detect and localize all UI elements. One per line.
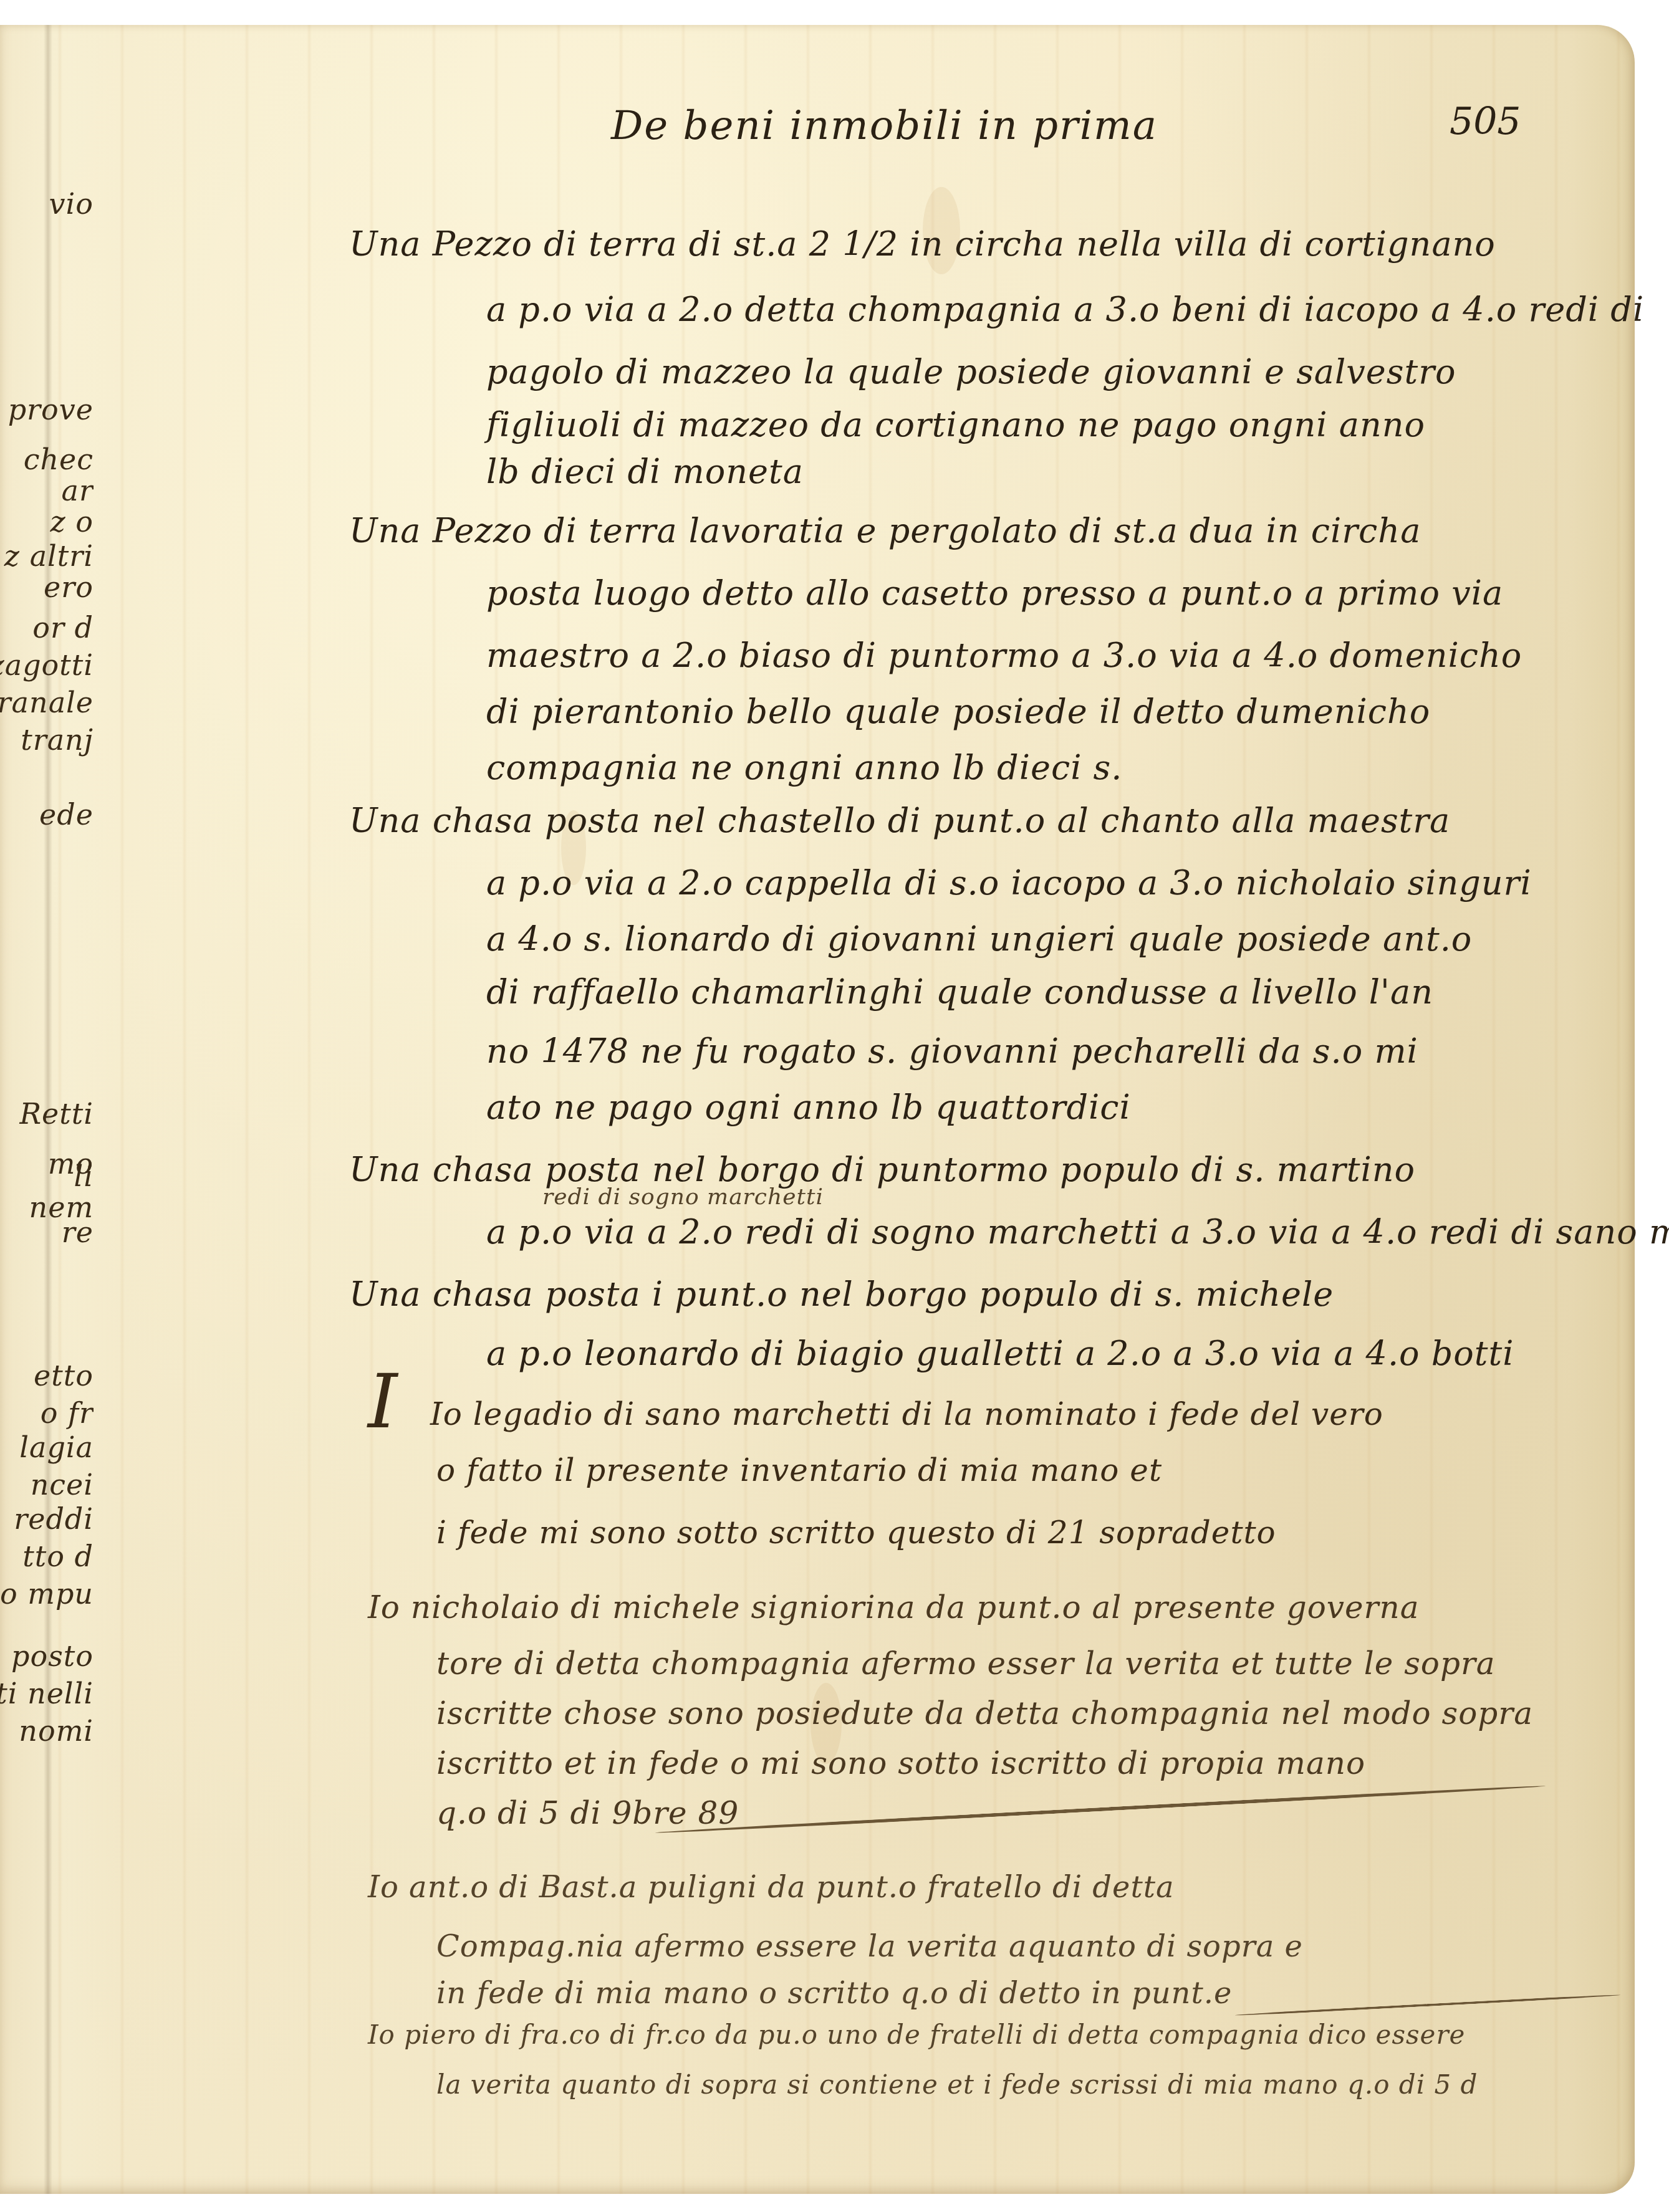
entry-line: no 1478 ne fu rogato s. giovanni pechare… [486,1032,1418,1071]
facing-text: ede [39,798,94,831]
facing-text: z o [50,505,94,539]
facing-text: lagia [19,1430,94,1464]
attestation-line: Io ant.o di Bast.a puligni da punt.o fra… [368,1870,1175,1905]
facing-text: tto d [22,1539,94,1573]
attestation-line: tore di detta chompagnia afermo esser la… [436,1645,1496,1682]
entry-line: a p.o via a 2.o detta chompagnia a 3.o b… [486,290,1644,329]
facing-text: tti nelli [0,1677,94,1710]
folio-number: 505 [1450,100,1521,143]
facing-text: tranj [21,723,94,757]
facing-text: chec [24,443,94,476]
entry-line: maestro a 2.o biaso di puntormo a 3.o vi… [486,636,1522,675]
entry-line: compagnia ne ongni anno lb dieci s. [486,748,1122,787]
facing-text: reddi [14,1502,94,1536]
facing-text: ranale [0,686,94,719]
facing-page-fragment: vio prove chec ar z o z altri ero or d z… [0,162,94,2032]
facing-text: prove [8,393,94,426]
attestation-line: o fatto il presente inventario di mia ma… [436,1452,1162,1488]
facing-text: li [74,1159,94,1193]
facing-text: Retti [19,1097,94,1131]
page-heading: De beni inmobili in prima [611,103,1158,149]
entry-line: lb dieci di moneta [486,452,804,491]
attestation-line: i fede mi sono sotto scritto questo di 2… [436,1515,1276,1551]
facing-text: co mpu [0,1577,94,1611]
entry-line: Una Pezzo di terra lavoratia e pergolato… [349,511,1421,550]
entry-line: di pierantonio bello quale posiede il de… [486,692,1430,731]
entry-line: ato ne pago ogni anno lb quattordici [486,1088,1131,1127]
entry-line: di raffaello chamarlinghi quale condusse… [486,972,1433,1012]
facing-text: z altri [4,539,94,573]
entry-line: Una chasa posta nel borgo di puntormo po… [349,1150,1415,1189]
facing-text: ar [62,474,94,507]
facing-text: or d [32,611,94,644]
entry-line: a p.o via a 2.o redi di sogno marchetti … [486,1212,1669,1252]
entry-line: figliuoli di mazzeo da cortignano ne pag… [486,405,1425,444]
facing-text: etto [34,1359,94,1392]
entry-line: pagolo di mazzeo la quale posiede giovan… [486,352,1456,391]
entry-line: a 4.o s. lionardo di giovanni ungieri qu… [486,919,1472,959]
facing-text: nomi [19,1714,94,1748]
facing-text: ncei [31,1468,94,1501]
attestation-line: iscritte chose sono posiedute da detta c… [436,1695,1533,1731]
entry-line: Una chasa posta i punt.o nel borgo popul… [349,1275,1334,1314]
attestation-line: Io legadio di sano marchetti di la nomin… [430,1396,1383,1432]
facing-text: o fr [41,1396,94,1430]
attestation-line: in fede di mia mano o scritto q.o di det… [436,1976,1232,2011]
entry-line: Una chasa posta nel chastello di punt.o … [349,801,1450,840]
facing-text: zagotti [0,648,94,682]
attestation-line: Io nicholaio di michele signiorina da pu… [368,1589,1420,1625]
entry-line: Una Pezzo di terra di st.a 2 1/2 in circ… [349,224,1496,264]
facing-text: ero [44,570,94,604]
attestation-line: Compag.nia afermo essere la verita aquan… [436,1929,1303,1964]
initial-letter: I [368,1359,397,1445]
interlinear-insertion: redi di sogno marchetti [542,1184,824,1210]
attestation-line: la verita quanto di sopra si contiene et… [436,2069,1478,2100]
attestation-line: q.o di 5 di 9bre 89 [436,1795,739,1831]
entry-line: posta luogo detto allo casetto presso a … [486,573,1503,613]
entry-line: a p.o leonardo di biagio gualletti a 2.o… [486,1334,1514,1373]
entry-line: a p.o via a 2.o cappella di s.o iacopo a… [486,863,1532,903]
attestation-line: iscritto et in fede o mi sono sotto iscr… [436,1745,1365,1781]
facing-text: re [62,1215,94,1249]
facing-text: vio [49,187,94,221]
facing-text: posto [11,1639,94,1673]
attestation-line: Io piero di fra.co di fr.co da pu.o uno … [368,2019,1465,2050]
